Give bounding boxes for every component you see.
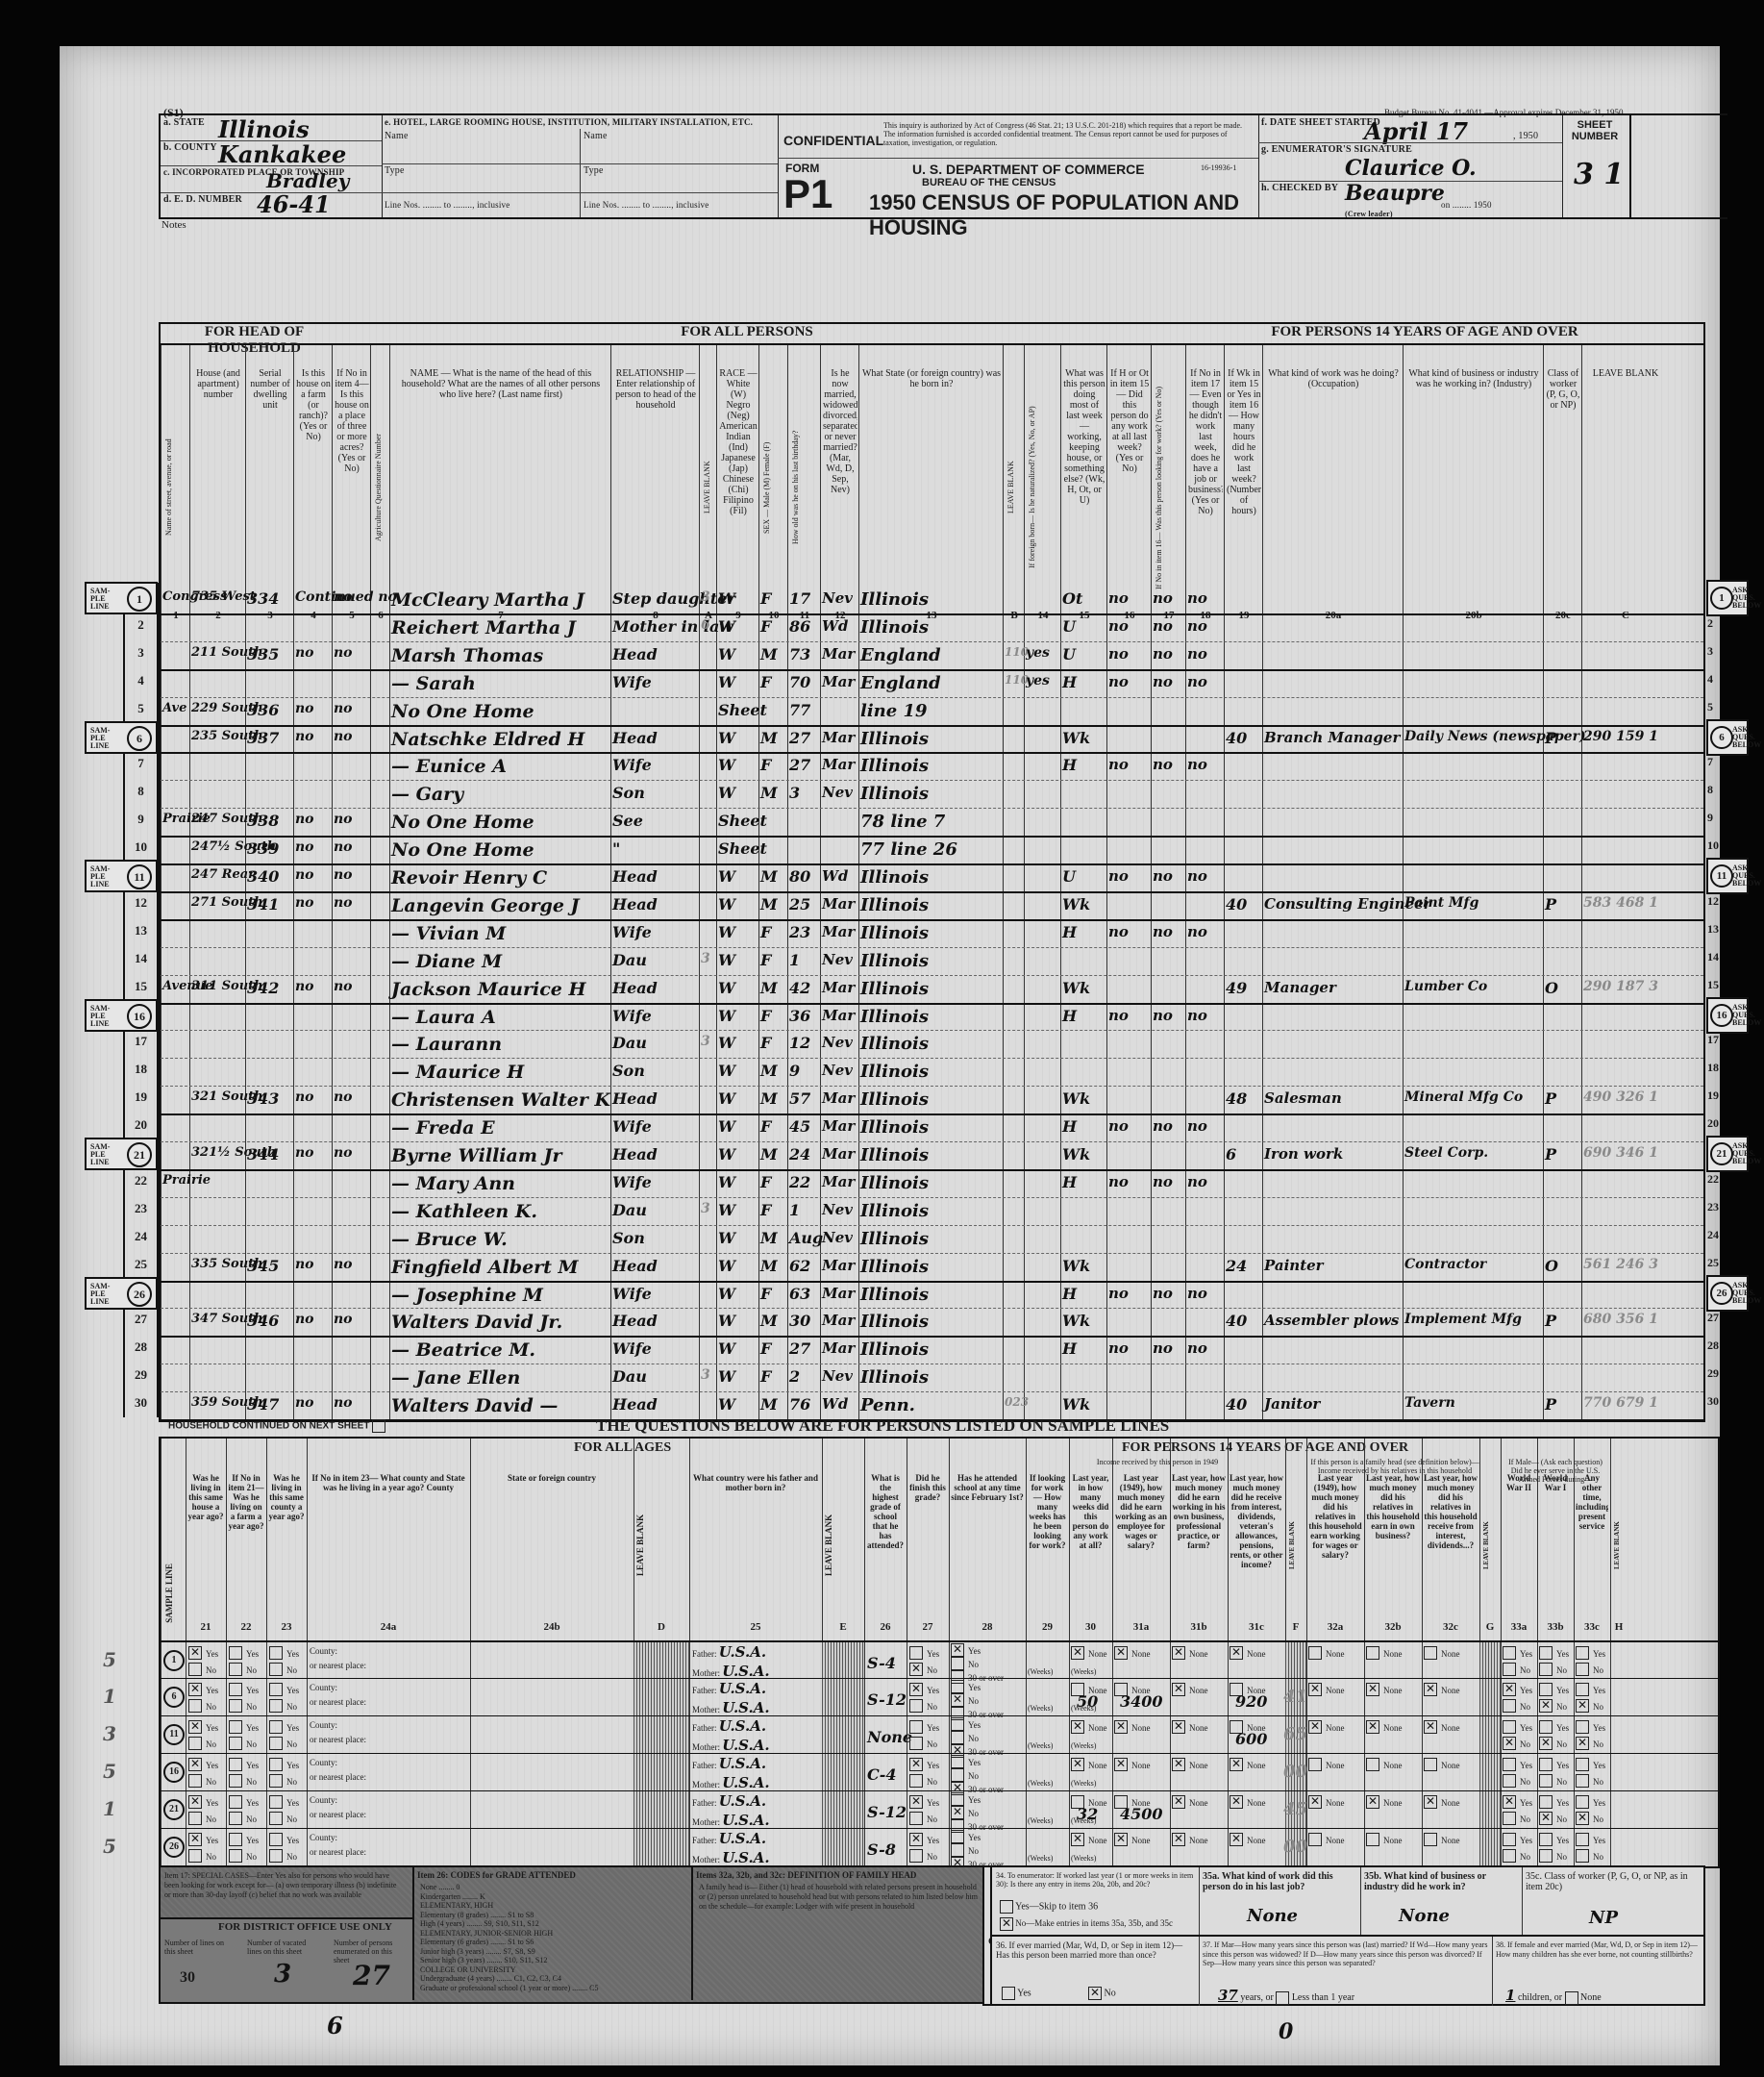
qc22-yes-option[interactable]: Yes [229, 1831, 259, 1847]
qc23-yes-option[interactable]: Yes [269, 1756, 299, 1772]
cell-nat: yes [1026, 673, 1050, 688]
c33b-yes-label: Yes [1556, 1836, 1569, 1845]
c32b-none-option[interactable]: ✕ None [1366, 1793, 1403, 1810]
c33a-yes-option[interactable]: ✕ Yes [1503, 1793, 1532, 1810]
c31a-none-option[interactable]: ✕ None [1114, 1756, 1151, 1772]
qc23-yes-option[interactable]: Yes [269, 1718, 299, 1735]
c33b-no-option[interactable]: ✕ No [1539, 1810, 1567, 1826]
c33a-yes-checkbox[interactable] [1503, 1720, 1516, 1734]
finish-no-option[interactable]: ✕ No [909, 1661, 937, 1677]
qc22-no-option[interactable]: No [229, 1847, 257, 1864]
qc21-yes-checkbox[interactable]: ✕ [188, 1758, 202, 1771]
qc23-yes-checkbox[interactable] [269, 1795, 283, 1809]
c32b-none-checkbox[interactable]: ✕ [1366, 1795, 1379, 1809]
c32c-none-checkbox[interactable]: ✕ [1424, 1720, 1437, 1734]
c33b-no-option[interactable]: ✕ No [1539, 1735, 1567, 1751]
c33b-yes-option[interactable]: Yes [1539, 1718, 1569, 1735]
household-continued-checkbox[interactable] [372, 1419, 385, 1433]
qc21-no-option[interactable]: No [188, 1697, 216, 1714]
c30-none-option[interactable]: ✕ None [1071, 1831, 1107, 1847]
c32c-none-checkbox[interactable] [1424, 1646, 1437, 1660]
finish-no-option[interactable]: No [909, 1810, 937, 1826]
highest-grade: None [867, 1728, 912, 1746]
cell-farm: no [295, 1145, 314, 1161]
q36-no-option[interactable]: ✕ No [1088, 1987, 1116, 2000]
c33a-no-option[interactable]: No [1503, 1697, 1530, 1714]
c33b-no-option[interactable]: ✕ No [1539, 1697, 1567, 1714]
qc23-yes-option[interactable]: Yes [269, 1793, 299, 1810]
c33a-no-checkbox[interactable] [1503, 1663, 1516, 1676]
c33c-yes-checkbox[interactable] [1576, 1646, 1589, 1660]
c33b-no-option[interactable]: No [1539, 1847, 1567, 1864]
c33a-no-checkbox[interactable] [1503, 1699, 1516, 1713]
grade-code-item: Elementary (6 grades) ........ S1 to S6 [420, 1938, 693, 1947]
residence-input[interactable] [307, 1754, 634, 1791]
qc21-yes-option[interactable]: ✕ Yes [188, 1644, 218, 1661]
c31b-none-checkbox[interactable]: ✕ [1172, 1758, 1185, 1771]
c31b-none-option[interactable]: ✕ None [1172, 1644, 1208, 1661]
c33a-no-checkbox[interactable] [1503, 1812, 1516, 1825]
c30-none-option[interactable]: ✕ None [1071, 1718, 1107, 1735]
finish-no-option[interactable]: No [909, 1735, 937, 1751]
qc23-yes-checkbox[interactable] [269, 1758, 283, 1771]
c33c-no-option[interactable]: ✕ No [1576, 1735, 1603, 1751]
c32a-none-option[interactable]: ✕ None [1308, 1718, 1345, 1735]
c33c-yes-option[interactable]: Yes [1576, 1644, 1605, 1661]
qc21-no-option[interactable]: No [188, 1661, 216, 1677]
c31c-none-checkbox[interactable]: ✕ [1230, 1758, 1243, 1771]
c33b-yes-checkbox[interactable] [1539, 1720, 1553, 1734]
c33b-no-checkbox[interactable]: ✕ [1539, 1699, 1553, 1713]
c31c-none-option[interactable]: ✕ None [1230, 1793, 1266, 1810]
c33a-no-option[interactable]: ✕ No [1503, 1735, 1530, 1751]
c32c-none-option[interactable]: ✕ None [1424, 1793, 1460, 1810]
c33c-no-option[interactable]: ✕ No [1576, 1810, 1603, 1826]
c32b-none-checkbox[interactable] [1366, 1758, 1379, 1771]
c32b-none-checkbox[interactable] [1366, 1833, 1379, 1846]
c33a-yes-checkbox[interactable] [1503, 1833, 1516, 1846]
c33a-yes-checkbox[interactable]: ✕ [1503, 1683, 1516, 1696]
c33c-yes-label: Yes [1593, 1798, 1605, 1808]
c31c-none-option[interactable]: ✕ None [1230, 1756, 1266, 1772]
qc23-no-checkbox[interactable] [269, 1699, 283, 1713]
cell-sex: M [760, 1145, 778, 1164]
c32a-none-checkbox[interactable]: ✕ [1308, 1683, 1322, 1696]
qc22-yes-checkbox[interactable] [229, 1833, 242, 1846]
c32c-none-checkbox[interactable]: ✕ [1424, 1795, 1437, 1809]
cell-age: 73 [789, 645, 810, 663]
finish-no-checkbox[interactable] [909, 1812, 923, 1825]
q38-none-checkbox[interactable] [1565, 1991, 1578, 2005]
qc21-yes-option[interactable]: ✕ Yes [188, 1681, 218, 1697]
q34-no-option[interactable]: ✕ No—Make entries in items 35a, 35b, and… [1000, 1917, 1173, 1931]
c32b-none-option[interactable]: None [1366, 1831, 1403, 1847]
c31b-none-option[interactable]: ✕ None [1172, 1718, 1208, 1735]
qc22-yes-checkbox[interactable] [229, 1720, 242, 1734]
c33c-yes-checkbox[interactable] [1576, 1683, 1589, 1696]
c33a-no-checkbox[interactable]: ✕ [1503, 1737, 1516, 1750]
cell-race: W [718, 673, 735, 691]
c31a-none-checkbox[interactable]: ✕ [1114, 1720, 1128, 1734]
c33a-yes-option[interactable]: Yes [1503, 1756, 1532, 1772]
qc21-no-option[interactable]: No [188, 1847, 216, 1864]
qc22-yes-checkbox[interactable] [229, 1683, 242, 1696]
c32c-none-checkbox[interactable]: ✕ [1424, 1683, 1437, 1696]
finish-yes-checkbox[interactable] [909, 1720, 923, 1734]
c32a-none-option[interactable]: None [1308, 1756, 1345, 1772]
c33b-yes-option[interactable]: Yes [1539, 1681, 1569, 1697]
qc21-yes-checkbox[interactable]: ✕ [188, 1795, 202, 1809]
grade-code-item: COLLEGE OR UNIVERSITY [420, 1965, 693, 1975]
column-header: If foreign born— Is he naturalized? (Yes… [1027, 368, 1059, 607]
qc23-no-checkbox[interactable] [269, 1774, 283, 1788]
qc23-yes-checkbox[interactable] [269, 1720, 283, 1734]
finish-yes-checkbox[interactable]: ✕ [909, 1795, 923, 1809]
qc22-yes-option[interactable]: Yes [229, 1756, 259, 1772]
qc23-no-option[interactable]: No [269, 1772, 297, 1789]
sample-column-number: 32a [1306, 1621, 1364, 1633]
c33c-no-option[interactable]: No [1576, 1847, 1603, 1864]
c33b-no-option[interactable]: No [1539, 1772, 1567, 1789]
c33a-yes-option[interactable]: Yes [1503, 1644, 1532, 1661]
q37-less-checkbox[interactable] [1276, 1991, 1289, 2005]
c33b-yes-option[interactable]: Yes [1539, 1756, 1569, 1772]
c32b-none-checkbox[interactable] [1366, 1646, 1379, 1660]
finish-yes-checkbox[interactable]: ✕ [909, 1758, 923, 1771]
c30-none-option[interactable]: ✕ None [1071, 1756, 1107, 1772]
qc21-yes-option[interactable]: ✕ Yes [188, 1793, 218, 1810]
c33c-no-option[interactable]: ✕ No [1576, 1697, 1603, 1714]
c31b-none-checkbox[interactable]: ✕ [1172, 1720, 1185, 1734]
c31b-none-checkbox[interactable]: ✕ [1172, 1833, 1185, 1846]
c33b-yes-option[interactable]: Yes [1539, 1831, 1569, 1847]
c32c-none-option[interactable]: ✕ None [1424, 1681, 1460, 1697]
qc21-yes-checkbox[interactable]: ✕ [188, 1833, 202, 1846]
c32a-none-option[interactable]: None [1308, 1831, 1345, 1847]
c31b-none-option[interactable]: ✕ None [1172, 1756, 1208, 1772]
c30-none-checkbox[interactable]: ✕ [1071, 1758, 1084, 1771]
qc23-no-checkbox[interactable] [269, 1849, 283, 1863]
finish-yes-checkbox[interactable] [909, 1646, 923, 1660]
c31c-none-option[interactable]: ✕ None [1230, 1831, 1266, 1847]
qc23-no-option[interactable]: No [269, 1847, 297, 1864]
residence-input[interactable] [307, 1829, 634, 1866]
c32c-none-checkbox[interactable] [1424, 1758, 1437, 1771]
c32a-none-option[interactable]: ✕ None [1308, 1681, 1345, 1697]
q36-yes-checkbox[interactable] [1002, 1987, 1015, 2000]
c33b-yes-option[interactable]: Yes [1539, 1644, 1569, 1661]
c31c-none-checkbox[interactable]: ✕ [1230, 1795, 1243, 1809]
c32a-none-checkbox[interactable] [1308, 1833, 1322, 1846]
qc21-yes-checkbox[interactable]: ✕ [188, 1646, 202, 1660]
finish-no-checkbox[interactable] [909, 1849, 923, 1863]
qc23-yes-option[interactable]: Yes [269, 1831, 299, 1847]
qc22-no-checkbox[interactable] [229, 1774, 242, 1788]
c33b-no-option[interactable]: No [1539, 1661, 1567, 1677]
c33c-yes-option[interactable]: Yes [1576, 1756, 1605, 1772]
c32a-none-option[interactable]: None [1308, 1644, 1345, 1661]
c33a-no-checkbox[interactable] [1503, 1849, 1516, 1863]
c30-none-checkbox[interactable]: ✕ [1071, 1720, 1084, 1734]
c33b-yes-checkbox[interactable] [1539, 1833, 1553, 1846]
c33b-no-checkbox[interactable] [1539, 1663, 1553, 1676]
qc22-no-option[interactable]: No [229, 1772, 257, 1789]
finish-no-checkbox[interactable] [909, 1699, 923, 1713]
date-value: April 17 [1364, 117, 1468, 145]
qc21-no-checkbox[interactable] [188, 1663, 202, 1676]
c32c-none-option[interactable]: None [1424, 1756, 1460, 1772]
qc23-no-checkbox[interactable] [269, 1737, 283, 1750]
qc23-yes-checkbox[interactable] [269, 1683, 283, 1696]
finish-no-checkbox[interactable]: ✕ [909, 1663, 923, 1676]
qc22-yes-checkbox[interactable] [229, 1646, 242, 1660]
c33b-no-checkbox[interactable]: ✕ [1539, 1812, 1553, 1825]
q38-answer[interactable]: 1 children, or None [1505, 1987, 1602, 2005]
qc22-no-checkbox[interactable] [229, 1663, 242, 1676]
vacant-label: Number of vacated lines on this sheet [247, 1939, 314, 1956]
qc23-no-option[interactable]: No [269, 1810, 297, 1826]
qc21-no-checkbox[interactable] [188, 1737, 202, 1750]
c32b-none-checkbox[interactable]: ✕ [1366, 1720, 1379, 1734]
c31a-none-checkbox[interactable]: ✕ [1114, 1758, 1128, 1771]
residence-input[interactable] [307, 1679, 634, 1716]
c30-none-checkbox[interactable]: ✕ [1071, 1833, 1084, 1846]
c33a-yes-checkbox[interactable] [1503, 1646, 1516, 1660]
finish-yes-option[interactable]: Yes [909, 1644, 939, 1661]
finish-yes-option[interactable]: ✕ Yes [909, 1831, 939, 1847]
c31a-none-checkbox[interactable]: ✕ [1114, 1833, 1128, 1846]
qc21-no-option[interactable]: No [188, 1772, 216, 1789]
qc21-no-checkbox[interactable] [188, 1699, 202, 1713]
c32c-none-option[interactable]: ✕ None [1424, 1718, 1460, 1735]
finish-yes-option[interactable]: ✕ Yes [909, 1681, 939, 1697]
c33b-yes-checkbox[interactable] [1539, 1795, 1553, 1809]
c32b-none-checkbox[interactable]: ✕ [1366, 1683, 1379, 1696]
qc21-yes-checkbox[interactable]: ✕ [188, 1683, 202, 1696]
c33a-yes-option[interactable]: Yes [1503, 1831, 1532, 1847]
qc23-yes-label: Yes [286, 1649, 299, 1659]
c33b-yes-checkbox[interactable] [1539, 1646, 1553, 1660]
c31b-none-checkbox[interactable]: ✕ [1172, 1646, 1185, 1660]
qc22-no-option[interactable]: No [229, 1661, 257, 1677]
qc21-yes-option[interactable]: ✕ Yes [188, 1756, 218, 1772]
finish-no-checkbox[interactable] [909, 1737, 923, 1750]
c33c-yes-option[interactable]: Yes [1576, 1793, 1605, 1810]
c33c-yes-option[interactable]: Yes [1576, 1718, 1605, 1735]
line-number: 4 [125, 673, 157, 688]
c31c-none-option[interactable]: ✕ None [1230, 1644, 1266, 1661]
c32b-none-option[interactable]: ✕ None [1366, 1681, 1403, 1697]
c33a-no-option[interactable]: No [1503, 1810, 1530, 1826]
qc23-yes-checkbox[interactable] [269, 1646, 283, 1660]
cell-farm: no [295, 812, 314, 827]
c32c-none-option[interactable]: None [1424, 1831, 1460, 1847]
qc22-no-checkbox[interactable] [229, 1737, 242, 1750]
c33a-yes-checkbox[interactable] [1503, 1758, 1516, 1771]
c33c-no-option[interactable]: No [1576, 1661, 1603, 1677]
column-header: If H or Ot in item 15— Did this person d… [1109, 368, 1150, 607]
c32b-none-option[interactable]: None [1366, 1644, 1403, 1661]
c33a-yes-checkbox[interactable]: ✕ [1503, 1795, 1516, 1809]
c32b-none-option[interactable]: None [1366, 1756, 1403, 1772]
c32a-none-checkbox[interactable]: ✕ [1308, 1795, 1322, 1809]
row-divider [161, 1086, 1703, 1087]
q34-no-checkbox[interactable]: ✕ [1000, 1917, 1013, 1931]
c32a-none-checkbox[interactable]: ✕ [1308, 1720, 1322, 1734]
c31b-none-option[interactable]: ✕ None [1172, 1681, 1208, 1697]
c33c-no-checkbox[interactable]: ✕ [1576, 1812, 1589, 1825]
qc22-yes-option[interactable]: Yes [229, 1718, 259, 1735]
c33c-yes-checkbox[interactable] [1576, 1833, 1589, 1846]
qc22-yes-option[interactable]: Yes [229, 1681, 259, 1697]
qc23-no-option[interactable]: No [269, 1661, 297, 1677]
highest-grade: S-8 [867, 1840, 896, 1859]
q34-yes-checkbox[interactable] [1000, 1900, 1013, 1914]
qc22-no-checkbox[interactable] [229, 1849, 242, 1863]
c33b-no-checkbox[interactable]: ✕ [1539, 1737, 1553, 1750]
c32a-none-checkbox[interactable] [1308, 1646, 1322, 1660]
c33a-yes-option[interactable]: ✕ Yes [1503, 1681, 1532, 1697]
c33c-no-checkbox[interactable] [1576, 1849, 1589, 1863]
qc21-no-option[interactable]: No [188, 1810, 216, 1826]
c33a-no-option[interactable]: No [1503, 1847, 1530, 1864]
qc23-yes-option[interactable]: Yes [269, 1644, 299, 1661]
qc21-no-checkbox[interactable] [188, 1812, 202, 1825]
qc23-yes-checkbox[interactable] [269, 1833, 283, 1846]
c33a-no-checkbox[interactable] [1503, 1774, 1516, 1788]
c31b-none-option[interactable]: ✕ None [1172, 1831, 1208, 1847]
qc23-no-checkbox[interactable] [269, 1812, 283, 1825]
cell-rel: Son [612, 784, 645, 802]
qc22-no-option[interactable]: No [229, 1697, 257, 1714]
finish-yes-checkbox[interactable]: ✕ [909, 1833, 923, 1846]
c32c-none-checkbox[interactable] [1424, 1833, 1437, 1846]
c33c-yes-checkbox[interactable] [1576, 1720, 1589, 1734]
qc21-yes-option[interactable]: ✕ Yes [188, 1831, 218, 1847]
c33a-no-option[interactable]: No [1503, 1772, 1530, 1789]
residence-input[interactable] [307, 1642, 634, 1680]
c31b-none-checkbox[interactable]: ✕ [1172, 1795, 1185, 1809]
qc22-yes-option[interactable]: Yes [229, 1793, 259, 1810]
c33b-yes-checkbox[interactable] [1539, 1683, 1553, 1696]
qc22-yes-checkbox[interactable] [229, 1795, 242, 1809]
sample-column-header: Last year, how much money did his relati… [1366, 1473, 1420, 1617]
cell-sex: M [760, 895, 778, 913]
qc22-no-option[interactable]: No [229, 1735, 257, 1751]
q34-yes-option[interactable]: Yes—Skip to item 36 [1000, 1900, 1098, 1914]
c33b-no-checkbox[interactable] [1539, 1849, 1553, 1863]
cell-name: No One Home [391, 812, 534, 833]
c32a-none-option[interactable]: ✕ None [1308, 1793, 1345, 1810]
father-label: Father: [692, 1649, 717, 1659]
c33b-no-label: No [1556, 1852, 1567, 1862]
c33a-no-option[interactable]: No [1503, 1661, 1530, 1677]
c32c-none-option[interactable]: None [1424, 1644, 1460, 1661]
c33c-no-checkbox[interactable]: ✕ [1576, 1737, 1589, 1750]
qc22-no-option[interactable]: No [229, 1810, 257, 1826]
qc22-no-checkbox[interactable] [229, 1699, 242, 1713]
cell-sex: F [760, 1007, 771, 1025]
qc22-yes-checkbox[interactable] [229, 1758, 242, 1771]
c33a-yes-option[interactable]: Yes [1503, 1718, 1532, 1735]
qc21-yes-option[interactable]: ✕ Yes [188, 1718, 218, 1735]
c31a-none-checkbox[interactable]: ✕ [1114, 1646, 1128, 1660]
finish-no-checkbox[interactable] [909, 1774, 923, 1788]
c32b-none-option[interactable]: ✕ None [1366, 1718, 1403, 1735]
c32a-none-checkbox[interactable] [1308, 1758, 1322, 1771]
finish-yes-option[interactable]: ✕ Yes [909, 1756, 939, 1772]
qc23-no-checkbox[interactable] [269, 1663, 283, 1676]
c33b-yes-option[interactable]: Yes [1539, 1793, 1569, 1810]
cell-mar: Wd [822, 1395, 848, 1413]
column-header: LEAVE BLANK [702, 368, 715, 607]
qc22-no-checkbox[interactable] [229, 1812, 242, 1825]
residence-input[interactable] [307, 1716, 634, 1754]
qc21-yes-checkbox[interactable]: ✕ [188, 1720, 202, 1734]
c31c-none-checkbox[interactable]: ✕ [1230, 1833, 1243, 1846]
q36-yes-option[interactable]: Yes [1002, 1987, 1031, 2000]
cell-c18: no [1187, 923, 1207, 940]
finish-no-option[interactable]: No [909, 1772, 937, 1789]
c33c-no-checkbox[interactable]: ✕ [1576, 1699, 1589, 1713]
finish-yes-checkbox[interactable]: ✕ [909, 1683, 923, 1696]
c31a-value: 3400 [1120, 1692, 1163, 1711]
finish-yes-option[interactable]: ✕ Yes [909, 1793, 939, 1810]
c33c-yes-option[interactable]: Yes [1576, 1681, 1605, 1697]
finish-no-option[interactable]: No [909, 1697, 937, 1714]
c32a-none-label: None [1326, 1686, 1345, 1695]
cell-birth: England [860, 645, 941, 665]
c33c-no-checkbox[interactable] [1576, 1663, 1589, 1676]
c31b-none-option[interactable]: ✕ None [1172, 1793, 1208, 1810]
c33c-yes-checkbox[interactable] [1576, 1795, 1589, 1809]
c31c-none-checkbox[interactable]: ✕ [1230, 1646, 1243, 1660]
c33c-yes-option[interactable]: Yes [1576, 1831, 1605, 1847]
qc23-no-option[interactable]: No [269, 1735, 297, 1751]
district-office-title: FOR DISTRICT OFFICE USE ONLY [218, 1921, 392, 1933]
c30-none-label: None [1088, 1649, 1107, 1659]
c33b-no-checkbox[interactable] [1539, 1774, 1553, 1788]
c33c-no-checkbox[interactable] [1576, 1774, 1589, 1788]
father-label: Father: [692, 1686, 717, 1695]
qc21-no-checkbox[interactable] [188, 1849, 202, 1863]
cell-sex: M [760, 1089, 778, 1108]
qc23-yes-option[interactable]: Yes [269, 1681, 299, 1697]
c33b-yes-checkbox[interactable] [1539, 1758, 1553, 1771]
c31a-none-option[interactable]: ✕ None [1114, 1831, 1151, 1847]
c33c-yes-checkbox[interactable] [1576, 1758, 1589, 1771]
q37-answer[interactable]: 37 years, or Less than 1 year [1218, 1987, 1354, 2005]
c31a-none-option[interactable]: ✕ None [1114, 1644, 1151, 1661]
c33c-no-option[interactable]: No [1576, 1772, 1603, 1789]
household-continued[interactable]: HOUSEHOLD CONTINUED ON NEXT SHEET [168, 1419, 385, 1433]
c31c-none-label: None [1247, 1836, 1266, 1845]
qc21-no-option[interactable]: No [188, 1735, 216, 1751]
q36-no-checkbox[interactable]: ✕ [1088, 1987, 1102, 2000]
c31a-none-option[interactable]: ✕ None [1114, 1718, 1151, 1735]
finish-yes-option[interactable]: Yes [909, 1718, 939, 1735]
c30-none-checkbox[interactable]: ✕ [1071, 1646, 1084, 1660]
finish-no-option[interactable]: No [909, 1847, 937, 1864]
residence-input[interactable] [307, 1791, 634, 1829]
qc21-no-checkbox[interactable] [188, 1774, 202, 1788]
qc21-no-label: No [206, 1777, 216, 1787]
qc22-yes-option[interactable]: Yes [229, 1644, 259, 1661]
cell-sex: M [760, 1229, 778, 1247]
c30-none-option[interactable]: ✕ None [1071, 1644, 1107, 1661]
c31b-none-checkbox[interactable]: ✕ [1172, 1683, 1185, 1696]
qc23-no-option[interactable]: No [269, 1697, 297, 1714]
